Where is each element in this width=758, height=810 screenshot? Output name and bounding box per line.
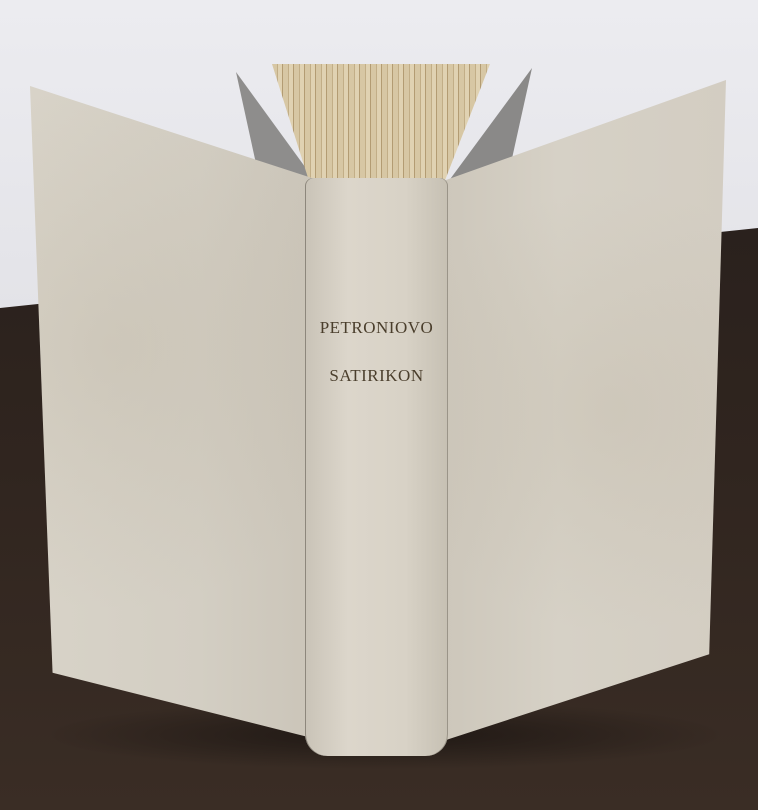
book-cover-left: [30, 86, 312, 738]
book-cover-right: [446, 80, 726, 740]
spine-title-line-2: SATIRIKON: [305, 366, 448, 386]
book-spine: [305, 178, 448, 756]
spine-title-line-1: PETRONIOVO: [305, 318, 448, 338]
